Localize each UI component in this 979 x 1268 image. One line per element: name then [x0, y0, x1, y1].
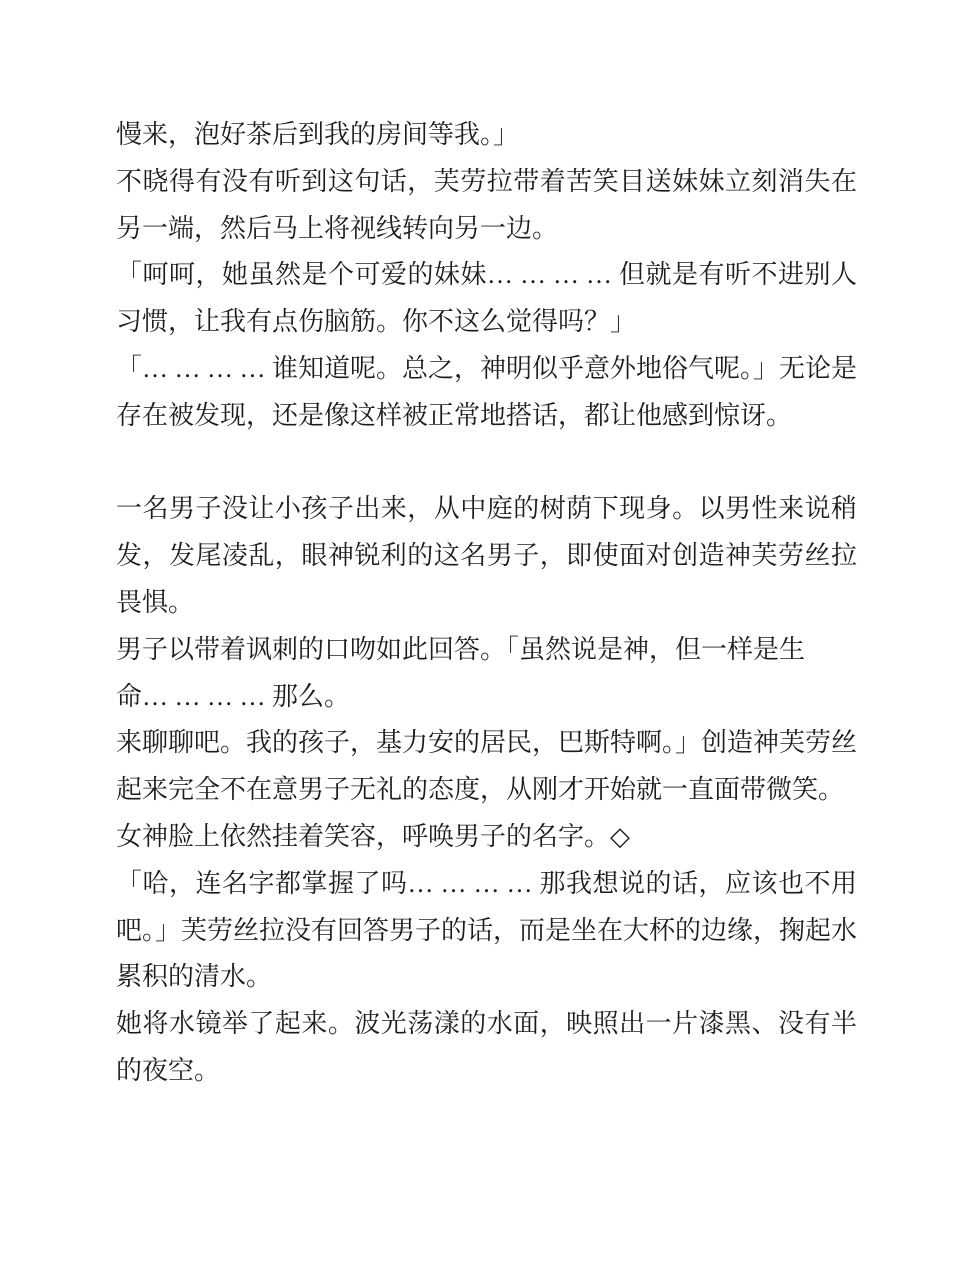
text-line: 来聊聊吧。我的孩子，基力安的居民，巴斯特啊。」创造神芙劳丝拉看: [116, 720, 857, 767]
document-page: 慢来，泡好茶后到我的房间等我。」不晓得有没有听到这句话，芙劳拉带着苦笑目送妹妹立…: [0, 0, 979, 1268]
text-line: 一名男子没让小孩子出来，从中庭的树荫下现身。以男性来说稍长的头: [116, 486, 857, 533]
text-line: 存在被发现，还是像这样被正常地搭话，都让他感到惊讶。: [116, 393, 857, 440]
text-line: 命… … … … 那么。: [116, 674, 857, 721]
text-line: 累积的清水。: [116, 954, 857, 1001]
text-line: 畏惧。: [116, 580, 857, 627]
text-line: 「哈，连名字都掌握了吗… … … … 那我想说的话，应该也不用说明了: [116, 861, 857, 908]
text-line: 另一端，然后马上将视线转向另一边。: [116, 206, 857, 253]
text-line: 习惯，让我有点伤脑筋。你不这么觉得吗？」: [116, 299, 857, 346]
text-line: 「呵呵，她虽然是个可爱的妹妹… … … … 但就是有听不进别人说话的坏: [116, 252, 857, 299]
text-line: 「… … … … 谁知道呢。总之，神明似乎意外地俗气呢。」无论是自己的: [116, 346, 857, 393]
text-line: 起来完全不在意男子无礼的态度，从刚才开始就一直面带微笑。: [116, 767, 857, 814]
text-line: 女神脸上依然挂着笑容，呼唤男子的名字。◇: [116, 814, 857, 861]
text-line: 不晓得有没有听到这句话，芙劳拉带着苦笑目送妹妹立刻消失在中庭的: [116, 159, 857, 206]
text-line: 男子以带着讽刺的口吻如此回答。「虽然说是神，但一样是生: [116, 627, 857, 674]
text-line: 的夜空。: [116, 1048, 857, 1095]
text-line: 慢来，泡好茶后到我的房间等我。」: [116, 112, 857, 159]
page-text: 慢来，泡好茶后到我的房间等我。」不晓得有没有听到这句话，芙劳拉带着苦笑目送妹妹立…: [116, 112, 857, 1095]
text-line: 吧。」芙劳丝拉没有回答男子的话，而是坐在大杯的边缘，掬起水镜中: [116, 908, 857, 955]
text-line: 发，发尾凌乱，眼神锐利的这名男子，即使面对创造神芙劳丝拉也毫不: [116, 533, 857, 580]
text-line: 她将水镜举了起来。波光荡漾的水面，映照出一片漆黑、没有半颗星星: [116, 1001, 857, 1048]
blank-line: [116, 440, 857, 487]
